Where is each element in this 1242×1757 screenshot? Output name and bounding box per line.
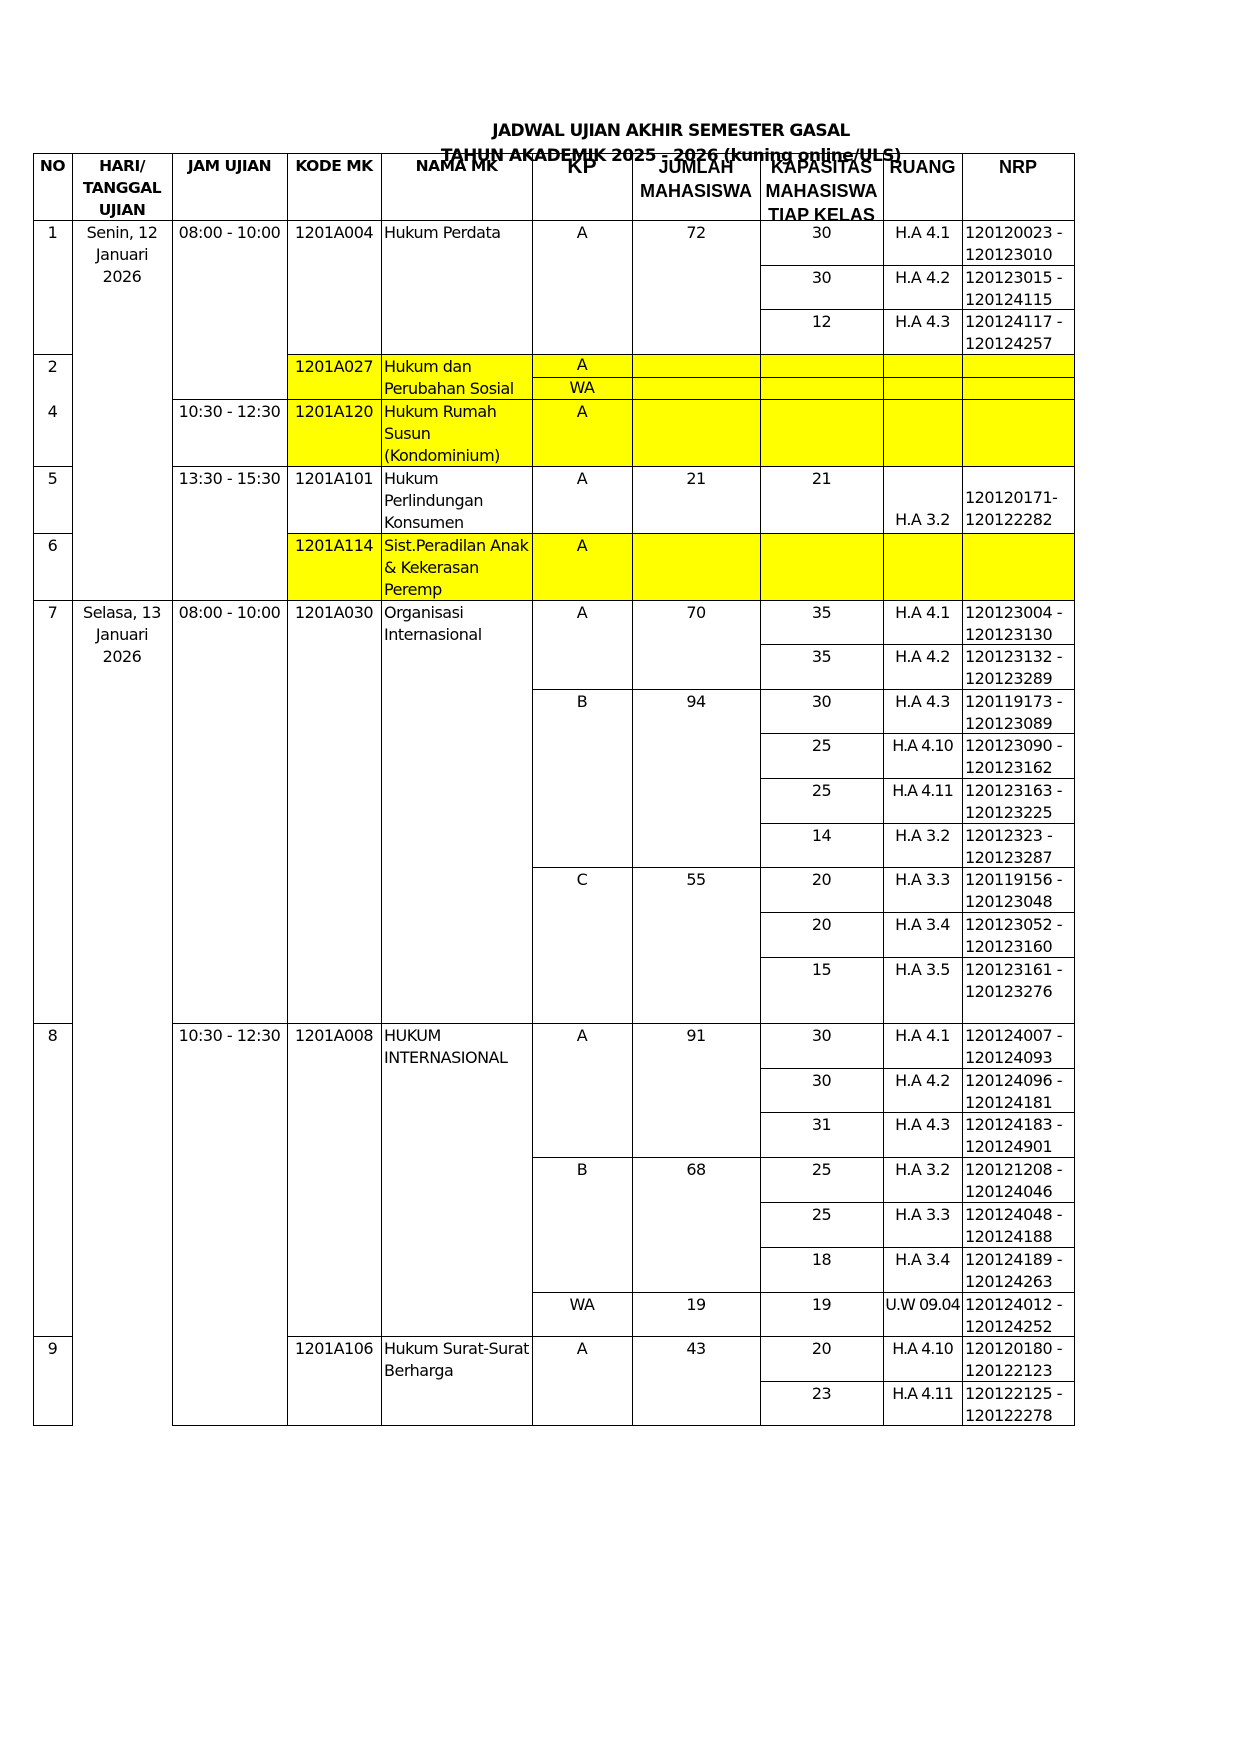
nrp-range: 120123161 - 120123276 [962,957,1074,1023]
room-capacity: 19 [760,1292,883,1336]
grid-line [532,600,761,601]
room-capacity: 23 [760,1381,883,1425]
room-name [883,377,962,399]
class-kp: A [532,533,632,600]
grid-line [760,1157,1075,1158]
room-name: H.A 4.1 [883,220,962,265]
grid-line [33,1425,73,1426]
class-kp: WA [532,377,632,399]
room-capacity: 25 [760,1202,883,1247]
nrp-range: 120124189 - 120124263 [962,1247,1074,1292]
grid-line [760,1336,1075,1337]
room-capacity [760,354,883,377]
class-kp: B [532,689,632,867]
room-capacity: 25 [760,733,883,778]
nrp-range: 120124096 - 120124181 [962,1068,1074,1112]
course-number: 1 [33,220,72,354]
grid-line [33,220,1075,221]
room-name: H.A 3.2 [883,466,962,533]
room-capacity: 30 [760,220,883,265]
nrp-range: 120123132 - 120123289 [962,644,1074,689]
nrp-range: 120123090 - 120123162 [962,733,1074,778]
grid-line [532,689,761,690]
grid-line [33,1336,73,1337]
grid-line [172,600,288,601]
class-student-count [632,377,760,399]
room-capacity: 15 [760,957,883,1023]
room-capacity: 30 [760,1068,883,1112]
grid-line [172,1023,288,1024]
grid-line [172,1425,288,1426]
grid-line [532,1023,761,1024]
grid-line [760,600,1075,601]
course-code: 1201A120 [287,399,381,466]
grid-line [287,354,533,355]
room-name: H.A 4.3 [883,309,962,354]
course-name: Hukum Perlindungan Konsumen [381,466,532,533]
course-name: Hukum dan Perubahan Sosial [381,354,532,399]
room-name: H.A 4.11 [883,1381,962,1425]
nrp-range: 120121208 - 120124046 [962,1157,1074,1202]
room-capacity: 25 [760,1157,883,1202]
grid-line [760,823,1075,824]
grid-line [760,1068,1075,1069]
room-capacity: 20 [760,1336,883,1381]
room-capacity: 35 [760,644,883,689]
room-name [883,533,962,600]
class-kp: B [532,1157,632,1292]
grid-line [1074,153,1075,1425]
grid-line [760,1112,1075,1113]
grid-line [532,399,761,400]
grid-line [883,153,884,1425]
room-capacity: 25 [760,778,883,823]
grid-line [33,153,34,1425]
class-student-count: 70 [632,600,760,689]
grid-line [760,153,761,1425]
room-capacity: 18 [760,1247,883,1292]
grid-line [760,867,1075,868]
class-student-count: 55 [632,867,760,1023]
course-code: 1201A027 [287,354,381,399]
grid-line [287,533,533,534]
grid-line [532,1157,761,1158]
room-capacity [760,399,883,466]
course-number: 2 [33,354,72,399]
column-header-jumlah: JUMLAH MAHASISWA [632,153,760,220]
column-header-jam: JAM UJIAN [172,153,287,220]
room-capacity: 12 [760,309,883,354]
class-student-count: 19 [632,1292,760,1336]
grid-line [287,466,533,467]
nrp-range: 12012323 - 120123287 [962,823,1074,867]
course-code: 1201A030 [287,600,381,1023]
room-capacity: 14 [760,823,883,867]
grid-line [72,600,173,601]
exam-date: Senin, 12 Januari 2026 [72,220,172,600]
grid-line [532,377,761,378]
grid-line [532,1292,761,1293]
room-capacity: 31 [760,1112,883,1157]
grid-line [760,957,1075,958]
grid-line [632,153,633,1425]
room-name: U.W 09.04 [883,1292,962,1336]
nrp-range [962,399,1074,466]
nrp-range: 120124012 - 120124252 [962,1292,1074,1336]
grid-line [532,867,761,868]
grid-line [287,399,533,400]
grid-line [760,644,1075,645]
grid-line [760,309,1075,310]
room-capacity: 30 [760,689,883,733]
nrp-range: 120124007 - 120124093 [962,1023,1074,1068]
grid-line [760,733,1075,734]
class-student-count: 72 [632,220,760,354]
column-header-ruang: RUANG [883,153,962,220]
room-name: H.A 3.2 [883,1157,962,1202]
grid-line [172,466,288,467]
class-kp: WA [532,1292,632,1336]
course-name: HUKUM INTERNASIONAL [381,1023,532,1336]
class-kp: A [532,399,632,466]
room-name: H.A 3.3 [883,867,962,912]
class-kp: A [532,466,632,533]
nrp-range: 120124117 - 120124257 [962,309,1074,354]
grid-line [962,153,963,1425]
class-kp: A [532,600,632,689]
nrp-range: 120123163 - 120123225 [962,778,1074,823]
column-header-no: NO [33,153,72,220]
course-number: 8 [33,1023,72,1336]
grid-line [760,354,1075,355]
nrp-range: 120122125 - 120122278 [962,1381,1074,1425]
grid-line [172,153,173,1425]
grid-line [287,1425,533,1426]
course-name: Hukum Rumah Susun (Kondominium) [381,399,532,466]
column-header-hari: HARI/ TANGGAL UJIAN [72,153,172,220]
grid-line [172,399,288,400]
room-name: H.A 4.11 [883,778,962,823]
grid-line [287,1336,533,1337]
course-code: 1201A114 [287,533,381,600]
room-name: H.A 4.2 [883,1068,962,1112]
nrp-range: 120120171- 120122282 [962,466,1074,533]
course-name: Sist.Peradilan Anak & Kekerasan Peremp [381,533,532,600]
room-name: H.A 3.5 [883,957,962,1023]
nrp-range: 120123015 - 120124115 [962,265,1074,309]
class-kp: A [532,1023,632,1157]
course-code: 1201A008 [287,1023,381,1336]
grid-line [33,354,73,355]
class-kp: A [532,1336,632,1425]
grid-line [760,1247,1075,1248]
room-name: H.A 4.10 [883,733,962,778]
room-name: H.A 3.2 [883,823,962,867]
grid-line [532,533,761,534]
class-kp: A [532,220,632,354]
grid-line [760,533,1075,534]
nrp-range [962,354,1074,377]
grid-line [760,399,1075,400]
room-name: H.A 4.3 [883,1112,962,1157]
course-number: 6 [33,533,72,600]
grid-line [760,377,1075,378]
room-capacity: 21 [760,466,883,533]
exam-time: 13:30 - 15:30 [172,466,287,600]
exam-time: 08:00 - 10:00 [172,600,287,1023]
class-kp: C [532,867,632,1023]
grid-line [532,1336,761,1337]
room-capacity: 20 [760,867,883,912]
grid-line [381,153,382,1425]
column-header-kp: KP [532,153,632,220]
room-name: H.A 4.2 [883,265,962,309]
room-name: H.A 3.4 [883,1247,962,1292]
course-number: 7 [33,600,72,1023]
nrp-range: 120123052 - 120123160 [962,912,1074,957]
room-name: H.A 4.2 [883,644,962,689]
column-header-kode: KODE MK [287,153,381,220]
grid-line [33,533,73,534]
grid-line [33,153,1075,154]
course-name: Hukum Perdata [381,220,532,354]
class-kp: A [532,354,632,377]
grid-line [33,466,73,467]
grid-line [532,466,761,467]
class-student-count [632,533,760,600]
class-student-count [632,399,760,466]
grid-line [287,600,533,601]
course-name: Organisasi Internasional [381,600,532,1023]
column-header-kapasitas: KAPASITAS MAHASISWA TIAP KELAS [760,153,883,220]
room-name: H.A 3.4 [883,912,962,957]
class-student-count: 91 [632,1023,760,1157]
course-number: 5 [33,466,72,533]
nrp-range: 120124048 - 120124188 [962,1202,1074,1247]
exam-time: 08:00 - 10:00 [172,220,287,399]
grid-line [760,1292,1075,1293]
course-number: 4 [33,399,72,466]
class-student-count: 43 [632,1336,760,1425]
course-name: Hukum Surat-Surat Berharga [381,1336,532,1425]
course-code: 1201A101 [287,466,381,533]
room-capacity: 30 [760,265,883,309]
grid-line [72,153,73,1425]
nrp-range [962,533,1074,600]
course-code: 1201A004 [287,220,381,354]
grid-line [532,354,761,355]
nrp-range: 120119156 - 120123048 [962,867,1074,912]
room-name: H.A 3.3 [883,1202,962,1247]
grid-line [760,1381,1075,1382]
course-number: 9 [33,1336,72,1425]
nrp-range: 120124183 - 120124901 [962,1112,1074,1157]
course-code: 1201A106 [287,1336,381,1425]
nrp-range: 120123004 - 120123130 [962,600,1074,644]
grid-line [760,912,1075,913]
nrp-range: 120120023 - 120123010 [962,220,1074,265]
nrp-range: 120119173 - 120123089 [962,689,1074,733]
room-name [883,399,962,466]
grid-line [760,265,1075,266]
column-header-nama: NAMA MK [381,153,532,220]
room-capacity: 20 [760,912,883,957]
room-name: H.A 4.1 [883,1023,962,1068]
grid-line [760,778,1075,779]
room-capacity: 30 [760,1023,883,1068]
exam-date: Selasa, 13 Januari 2026 [72,600,172,1425]
document-title: JADWAL UJIAN AKHIR SEMESTER GASAL [50,121,1242,141]
grid-line [287,1023,533,1024]
grid-line [760,466,1075,467]
exam-time: 10:30 - 12:30 [172,399,287,466]
grid-line [760,1425,1075,1426]
grid-line [760,1202,1075,1203]
grid-line [532,153,533,1425]
nrp-range [962,377,1074,399]
room-capacity [760,533,883,600]
grid-line [33,600,73,601]
grid-line [760,1023,1075,1024]
class-student-count: 21 [632,466,760,533]
grid-line [532,1425,761,1426]
exam-time: 10:30 - 12:30 [172,1023,287,1425]
grid-line [287,153,288,1425]
grid-line [760,689,1075,690]
column-header-nrp: NRP [962,153,1074,220]
room-name: H.A 4.1 [883,600,962,644]
room-name [883,354,962,377]
class-student-count [632,354,760,377]
room-name: H.A 4.3 [883,689,962,733]
nrp-range: 120120180 - 120122123 [962,1336,1074,1381]
class-student-count: 94 [632,689,760,867]
class-student-count: 68 [632,1157,760,1292]
grid-line [33,1023,73,1024]
room-name: H.A 4.10 [883,1336,962,1381]
room-capacity: 35 [760,600,883,644]
room-capacity [760,377,883,399]
